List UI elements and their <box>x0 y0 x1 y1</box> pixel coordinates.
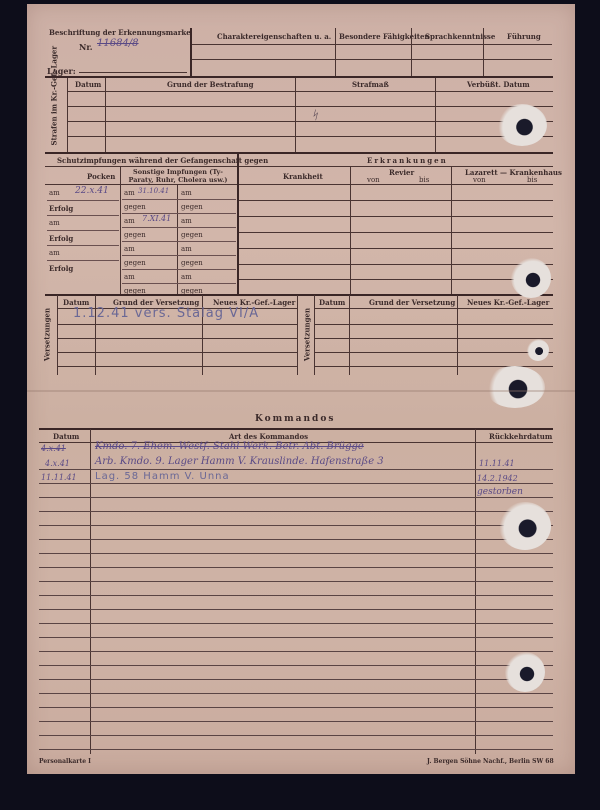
pocken-label: Erfolg <box>49 264 73 273</box>
vers-col-grund-right: Grund der Versetzung <box>369 298 455 307</box>
vers-col-lager-right: Neues Kr.-Gef.-Lager <box>467 298 549 307</box>
sonstige-label: am <box>124 245 135 253</box>
footer-left: Personalkarte I <box>39 758 91 765</box>
col-divider <box>314 295 315 375</box>
lazarett-bis: bis <box>527 176 537 184</box>
rule <box>67 136 553 137</box>
rule <box>314 338 553 339</box>
nr-value: 11684/8 <box>97 38 139 49</box>
section-rule <box>45 294 553 296</box>
col-divider <box>237 152 239 294</box>
rule <box>57 338 297 339</box>
rule <box>67 91 553 92</box>
pocken-label: am <box>49 249 60 257</box>
col-sprachkenntnisse: Sprachkenntnisse <box>425 32 495 41</box>
rule <box>314 308 553 309</box>
rule <box>192 44 552 45</box>
versetzungen-side-label-right: Versetzungen <box>303 305 312 365</box>
kommando-row-3-rueckkehr: 14.2.1942 <box>477 474 518 483</box>
rule <box>57 352 297 353</box>
sonstige-label: gegen <box>181 259 203 267</box>
pocken-row: Erfolg <box>47 231 119 246</box>
kommandos-col-rueckkehr: Rückkehrdatum <box>489 432 552 441</box>
rule <box>57 324 297 325</box>
kommandos-col-art: Art des Kommandos <box>229 432 308 441</box>
col-faehigkeiten: Besondere Fähigkeiten <box>339 32 430 41</box>
sonstige-label: gegen <box>181 231 203 239</box>
section-rule <box>45 76 553 78</box>
sonstige-label: am <box>124 273 135 281</box>
vers-col-datum-right: Datum <box>319 298 345 307</box>
rule <box>314 324 553 325</box>
lazarett-von: von <box>473 176 486 184</box>
kommandos-col-datum: Datum <box>53 432 79 441</box>
kommando-row-2-art: Arb. Kmdo. 9. Lager Hamm V. Krauslinde. … <box>95 456 384 467</box>
col-divider <box>295 78 296 152</box>
rule <box>67 106 553 107</box>
sonstige-row: gegen gegen <box>122 256 236 270</box>
kommandos-ruled-area <box>39 456 553 752</box>
lager-line <box>79 72 187 73</box>
sonstige-row: am 7.XI.41 am <box>122 214 236 228</box>
pocken-row: Erfolg <box>47 201 119 216</box>
col-divider <box>297 295 298 375</box>
col-divider <box>120 166 121 294</box>
kommando-row-2-datum: 4.x.41 <box>45 459 70 468</box>
sonstige-list: am 31.10.41 am gegen gegen am 7.XI.41 am… <box>122 186 236 297</box>
rule <box>314 352 553 353</box>
id-marker-label: Beschriftung der Erkennungsmarke <box>49 28 191 37</box>
rule <box>239 279 553 280</box>
kommando-row-4-rueckkehr: gestorben <box>477 487 523 497</box>
footer-right: J. Bergen Söhne Nachf., Berlin SW 68 <box>427 758 554 765</box>
rule <box>45 166 237 167</box>
pocken-row: am <box>47 216 119 231</box>
rule <box>67 121 553 122</box>
punch-hole <box>527 339 549 361</box>
punch-hole <box>497 104 547 146</box>
sonstige-value: 7.XI.41 <box>142 214 171 223</box>
col-divider <box>57 295 58 375</box>
sonstige-row: am 31.10.41 am <box>122 186 236 200</box>
kommando-row-1-art: Kmdo. 7. Ehem. Westf. Stahl Werk. Betr. … <box>95 441 364 452</box>
sonstige-label: gegen <box>124 203 146 211</box>
sonstige-row: am am <box>122 270 236 284</box>
sonstige-label: gegen <box>124 259 146 267</box>
versetzungen-side-label-left: Versetzungen <box>43 305 52 365</box>
krankheit-header: Krankheit <box>283 172 323 181</box>
rule <box>239 166 553 167</box>
rule <box>45 184 237 185</box>
pocken-label: Erfolg <box>49 204 73 213</box>
personalkarte-document: Beschriftung der Erkennungsmarke Nr. 116… <box>27 4 575 774</box>
nr-label: Nr. <box>79 42 93 52</box>
sonstige-label: gegen <box>181 203 203 211</box>
section-rule <box>45 152 553 154</box>
kommando-row-1-datum: 4.x.41 <box>41 444 66 453</box>
pocken-list: am 22.x.41 Erfolg am Erfolg am Erfolg <box>47 186 119 275</box>
rule <box>239 248 553 249</box>
sonstige-label: am <box>181 217 192 225</box>
sonstige-row: am am <box>122 242 236 256</box>
col-divider <box>350 166 351 294</box>
rule <box>239 184 553 185</box>
punch-hole <box>499 502 551 550</box>
pocken-label: am <box>49 189 60 197</box>
col-divider <box>435 78 436 152</box>
rule <box>239 216 553 217</box>
sonstige-label: am <box>124 217 135 225</box>
col-charakter: Charaktereigenschaften u. a. <box>217 32 331 41</box>
rule <box>239 232 553 233</box>
strafen-col-grund: Grund der Bestrafung <box>167 80 254 89</box>
revier-header: Revier <box>389 168 414 177</box>
rule <box>192 59 552 60</box>
pocken-label: am <box>49 219 60 227</box>
header-divider <box>190 28 192 76</box>
rule <box>239 264 553 265</box>
kommando-row-2-rueckkehr: 11.11.41 <box>479 459 515 468</box>
strafen-col-datum: Datum <box>75 80 101 89</box>
kommandos-title: Kommandos <box>255 414 335 424</box>
kommando-row-3-datum: 11.11.41 <box>41 473 77 482</box>
col-divider <box>335 28 336 76</box>
pocken-row: Erfolg <box>47 261 119 275</box>
col-divider <box>451 166 452 294</box>
revier-bis: bis <box>419 176 429 184</box>
col-divider <box>349 295 350 375</box>
punch-hole <box>505 652 545 692</box>
rule <box>239 200 553 201</box>
pocken-header: Pocken <box>87 172 115 181</box>
rule <box>57 366 297 367</box>
erkrankungen-title: Erkrankungen <box>367 156 448 165</box>
pocken-label: Erfolg <box>49 234 73 243</box>
pocken-row: am 22.x.41 <box>47 186 119 201</box>
sonstige-header: Sonstige Impfungen (Ty-Paraty, Ruhr, Cho… <box>123 168 233 184</box>
col-divider <box>457 295 458 375</box>
sonstige-label: am <box>181 273 192 281</box>
sonstige-label: am <box>124 189 135 197</box>
sonstige-row: gegen gegen <box>122 228 236 242</box>
col-divider <box>105 78 106 152</box>
sonstige-label: am <box>181 189 192 197</box>
revier-von: von <box>367 176 380 184</box>
col-divider <box>483 28 484 76</box>
strafen-col-strafmass: Strafmaß <box>352 80 389 89</box>
strafen-mark: ᛋ <box>311 108 318 122</box>
sonstige-label: gegen <box>124 231 146 239</box>
col-fuehrung: Führung <box>507 32 541 41</box>
pocken-row: am <box>47 246 119 261</box>
strafen-side-label: Strafen im Kr.-Gef.-Lager <box>50 76 59 146</box>
sonstige-value: 31.10.41 <box>138 187 169 195</box>
punch-hole <box>511 258 551 298</box>
punch-hole <box>485 366 545 408</box>
strafen-col-verbuesst: Verbüßt. Datum <box>467 80 530 89</box>
col-divider <box>411 28 412 76</box>
kommando-row-3-art: Lag. 58 Hamm V. Unna <box>95 471 230 482</box>
pocken-value: 22.x.41 <box>75 186 109 196</box>
sonstige-label: am <box>181 245 192 253</box>
sonstige-row: gegen gegen <box>122 200 236 214</box>
versetzung-stamp: 1.12.41 vers. Stalag VI/A <box>73 306 259 321</box>
col-divider <box>67 78 68 152</box>
